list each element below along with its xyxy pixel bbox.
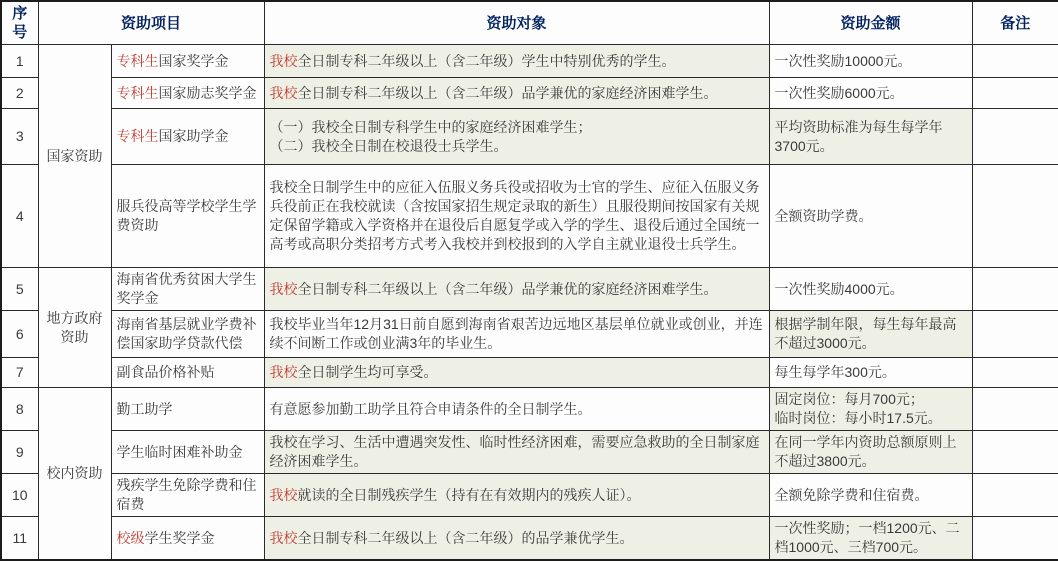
row-number: 11 [1, 517, 38, 561]
category-national: 国家资助 [38, 45, 111, 268]
target-cell: 有意愿参加勤工助学且符合申请条件的全日制学生。 [264, 388, 769, 431]
project-cell: 勤工助学 [111, 388, 264, 431]
target-cell: （一）我校全日制专科学生中的家庭经济困难学生； （二）我校全日制在校退役士兵学生… [264, 109, 769, 165]
target-cell: 我校全日制专科二年级以上（含二年级）品学兼优的家庭经济困难学生。 [264, 268, 769, 311]
project-cell: 副食品价格补贴 [111, 358, 264, 388]
target-text: （一）我校全日制专科学生中的家庭经济困难学生； （二）我校全日制在校退役士兵学生… [270, 119, 592, 154]
amount-cell: 平均资助标准为每生每学年3700元。 [769, 109, 972, 165]
header-note: 备注 [972, 1, 1058, 45]
category-on-campus: 校内资助 [38, 388, 111, 561]
row-number: 8 [1, 388, 38, 431]
project-cell: 残疾学生免除学费和住宿费 [111, 474, 264, 517]
project-label: 海南省优秀贫困大学生奖学金 [117, 271, 257, 306]
target-cell: 我校在学习、生活中遭遇突发性、临时性经济困难，需要应急救助的全日制家庭经济困难学… [264, 431, 769, 474]
target-cell: 我校全日制专科二年级以上（含二年级）品学兼优的家庭经济困难学生。 [264, 78, 769, 109]
project-label: 残疾学生免除学费和住宿费 [117, 477, 257, 512]
remarks-cell [972, 165, 1058, 268]
project-label: 国家助学金 [159, 128, 229, 144]
project-cell: 学生临时困难补助金 [111, 431, 264, 474]
target-red-prefix: 我校 [270, 364, 298, 380]
remarks-cell [972, 109, 1058, 165]
amount-cell: 全额资助学费。 [769, 165, 972, 268]
project-cell: 海南省基层就业学费补偿国家助学贷款代偿 [111, 311, 264, 358]
target-cell: 我校毕业当年12月31日前自愿到海南省艰苦边远地区基层单位就业或创业，并连续不间… [264, 311, 769, 358]
row-number: 7 [1, 358, 38, 388]
project-cell: 海南省优秀贫困大学生奖学金 [111, 268, 264, 311]
project-label: 海南省基层就业学费补偿国家助学贷款代偿 [117, 316, 257, 351]
table-row: 8 校内资助 勤工助学 有意愿参加勤工助学且符合申请条件的全日制学生。 固定岗位… [1, 388, 1058, 431]
target-red-prefix: 我校 [270, 487, 298, 503]
project-label: 副食品价格补贴 [117, 364, 215, 380]
target-text: 全日制专科二年级以上（含二年级）学生中特别优秀的学生。 [298, 53, 676, 69]
table-row: 7 副食品价格补贴 我校全日制学生均可享受。 每生每学年300元。 [1, 358, 1058, 388]
row-number: 6 [1, 311, 38, 358]
target-text: 全日制专科二年级以上（含二年级）的品学兼优学生。 [298, 530, 634, 546]
target-text: 全日制专科二年级以上（含二年级）品学兼优的家庭经济困难学生。 [298, 85, 718, 101]
table-row: 4 服兵役高等学校学生学费资助 我校全日制学生中的应征入伍服义务兵役或招收为士官… [1, 165, 1058, 268]
project-label: 学生奖学金 [145, 530, 215, 546]
row-number: 9 [1, 431, 38, 474]
project-label: 学生临时困难补助金 [117, 444, 243, 460]
remarks-cell [972, 78, 1058, 109]
project-cell: 专科生国家助学金 [111, 109, 264, 165]
amount-cell: 一次性奖励6000元。 [769, 78, 972, 109]
amount-cell: 根据学制年限，每生每年最高不超过3000元。 [769, 311, 972, 358]
table-row: 6 海南省基层就业学费补偿国家助学贷款代偿 我校毕业当年12月31日前自愿到海南… [1, 311, 1058, 358]
project-red-prefix: 专科生 [117, 128, 159, 144]
target-cell: 我校全日制学生中的应征入伍服义务兵役或招收为士官的学生、应征入伍服义务兵役前正在… [264, 165, 769, 268]
table-row: 2 专科生国家励志奖学金 我校全日制专科二年级以上（含二年级）品学兼优的家庭经济… [1, 78, 1058, 109]
funding-table: 序号 资助项目 资助对象 资助金额 备注 1 国家资助 专科生国家奖学金 我校全… [0, 0, 1058, 561]
table-row: 10 残疾学生免除学费和住宿费 我校就读的全日制残疾学生（持有在有效期内的残疾人… [1, 474, 1058, 517]
target-cell: 我校全日制学生均可享受。 [264, 358, 769, 388]
target-red-prefix: 我校 [270, 281, 298, 297]
table-row: 1 国家资助 专科生国家奖学金 我校全日制专科二年级以上（含二年级）学生中特别优… [1, 45, 1058, 78]
target-red-prefix: 我校 [270, 530, 298, 546]
row-number: 2 [1, 78, 38, 109]
row-number: 1 [1, 45, 38, 78]
row-number: 10 [1, 474, 38, 517]
remarks-cell [972, 388, 1058, 431]
header-project: 资助项目 [38, 1, 264, 45]
target-text: 我校在学习、生活中遭遇突发性、临时性经济困难，需要应急救助的全日制家庭经济困难学… [270, 434, 760, 469]
target-red-prefix: 我校 [270, 53, 298, 69]
table-row: 5 地方政府资助 海南省优秀贫困大学生奖学金 我校全日制专科二年级以上（含二年级… [1, 268, 1058, 311]
project-cell: 专科生国家奖学金 [111, 45, 264, 78]
header-target: 资助对象 [264, 1, 769, 45]
target-text: 我校全日制学生中的应征入伍服义务兵役或招收为士官的学生、应征入伍服义务兵役前正在… [270, 179, 760, 252]
target-red-prefix: 我校 [270, 85, 298, 101]
header-seq: 序号 [1, 1, 38, 45]
row-number: 5 [1, 268, 38, 311]
remarks-cell [972, 431, 1058, 474]
amount-cell: 全额免除学费和住宿费。 [769, 474, 972, 517]
remarks-cell [972, 358, 1058, 388]
project-red-prefix: 专科生 [117, 53, 159, 69]
target-text: 全日制专科二年级以上（含二年级）品学兼优的家庭经济困难学生。 [298, 281, 718, 297]
project-label: 勤工助学 [117, 401, 173, 417]
target-text: 有意愿参加勤工助学且符合申请条件的全日制学生。 [270, 401, 592, 417]
project-cell: 服兵役高等学校学生学费资助 [111, 165, 264, 268]
row-number: 4 [1, 165, 38, 268]
amount-cell: 一次性奖励4000元。 [769, 268, 972, 311]
target-text: 全日制学生均可享受。 [298, 364, 438, 380]
project-red-prefix: 校级 [117, 530, 145, 546]
target-cell: 我校全日制专科二年级以上（含二年级）学生中特别优秀的学生。 [264, 45, 769, 78]
target-text: 就读的全日制残疾学生（持有在有效期内的残疾人证）。 [298, 487, 641, 503]
row-number: 3 [1, 109, 38, 165]
header-row: 序号 资助项目 资助对象 资助金额 备注 [1, 1, 1058, 45]
target-cell: 我校就读的全日制残疾学生（持有在有效期内的残疾人证）。 [264, 474, 769, 517]
remarks-cell [972, 268, 1058, 311]
project-label: 服兵役高等学校学生学费资助 [117, 198, 257, 233]
amount-cell: 一次性奖励10000元。 [769, 45, 972, 78]
table-row: 3 专科生国家助学金 （一）我校全日制专科学生中的家庭经济困难学生； （二）我校… [1, 109, 1058, 165]
category-local-government: 地方政府资助 [38, 268, 111, 388]
table-row: 9 学生临时困难补助金 我校在学习、生活中遭遇突发性、临时性经济困难，需要应急救… [1, 431, 1058, 474]
remarks-cell [972, 517, 1058, 561]
amount-cell: 一次性奖励；一档1200元、二档1000元、三档700元。 [769, 517, 972, 561]
amount-cell: 每生每学年300元。 [769, 358, 972, 388]
project-label: 国家励志奖学金 [159, 85, 257, 101]
amount-cell: 固定岗位：每月700元； 临时岗位：每小时17.5元。 [769, 388, 972, 431]
project-label: 国家奖学金 [159, 53, 229, 69]
target-cell: 我校全日制专科二年级以上（含二年级）的品学兼优学生。 [264, 517, 769, 561]
remarks-cell [972, 311, 1058, 358]
table-row: 11 校级学生奖学金 我校全日制专科二年级以上（含二年级）的品学兼优学生。 一次… [1, 517, 1058, 561]
target-text: 我校毕业当年12月31日前自愿到海南省艰苦边远地区基层单位就业或创业，并连续不间… [270, 316, 763, 351]
remarks-cell [972, 474, 1058, 517]
project-cell: 专科生国家励志奖学金 [111, 78, 264, 109]
remarks-cell [972, 45, 1058, 78]
project-cell: 校级学生奖学金 [111, 517, 264, 561]
amount-cell: 在同一学年内资助总额原则上不超过3800元。 [769, 431, 972, 474]
project-red-prefix: 专科生 [117, 85, 159, 101]
header-amount: 资助金额 [769, 1, 972, 45]
